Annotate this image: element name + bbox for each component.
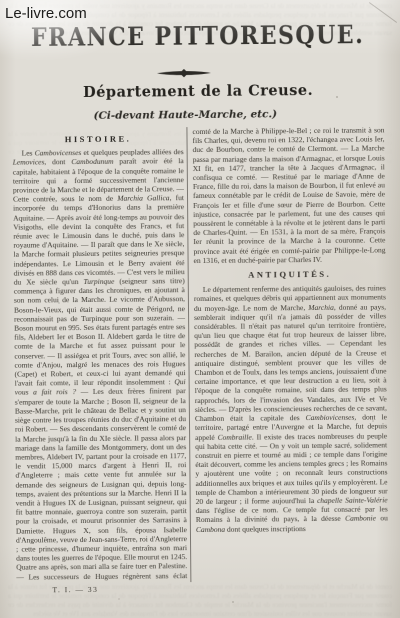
ornament-divider	[0, 62, 384, 83]
left-column: HISTOIRE. Les Cambovicenses et quelques …	[12, 134, 187, 583]
paragraph: comté de la Marche à Philippe-le-Bel ; c…	[192, 125, 385, 265]
paragraph: Les Cambovicenses et quelques peuplades …	[13, 147, 188, 583]
scanned-page: comté de la Marche et le département de …	[0, 0, 400, 618]
printer-signature: T. I. — 33	[52, 585, 98, 594]
histoire-heading: HISTOIRE.	[12, 134, 183, 145]
right-column: comté de la Marche à Philippe-le-Bel ; c…	[192, 125, 388, 582]
watermark: Le-livre.com	[5, 5, 87, 22]
right-column-text: comté de la Marche à Philippe-le-Bel ; c…	[192, 125, 388, 533]
left-column-text: Les Cambovicenses et quelques peuplades …	[13, 147, 188, 583]
column-divider	[186, 127, 191, 582]
printed-content: FRANCE PITTORESQUE. Département de la Cr…	[0, 0, 400, 618]
section-subtitle: (Ci-devant Haute-Marche, etc.)	[0, 107, 385, 122]
swelled-rule-icon	[157, 69, 211, 77]
paragraph: Le département renferme des antiquités g…	[194, 284, 388, 534]
antiquites-heading: ANTIQUITÉS.	[194, 269, 386, 280]
section-title: Département de la Creuse.	[0, 81, 398, 101]
masthead-title: FRANCE PITTORESQUE.	[6, 20, 390, 53]
